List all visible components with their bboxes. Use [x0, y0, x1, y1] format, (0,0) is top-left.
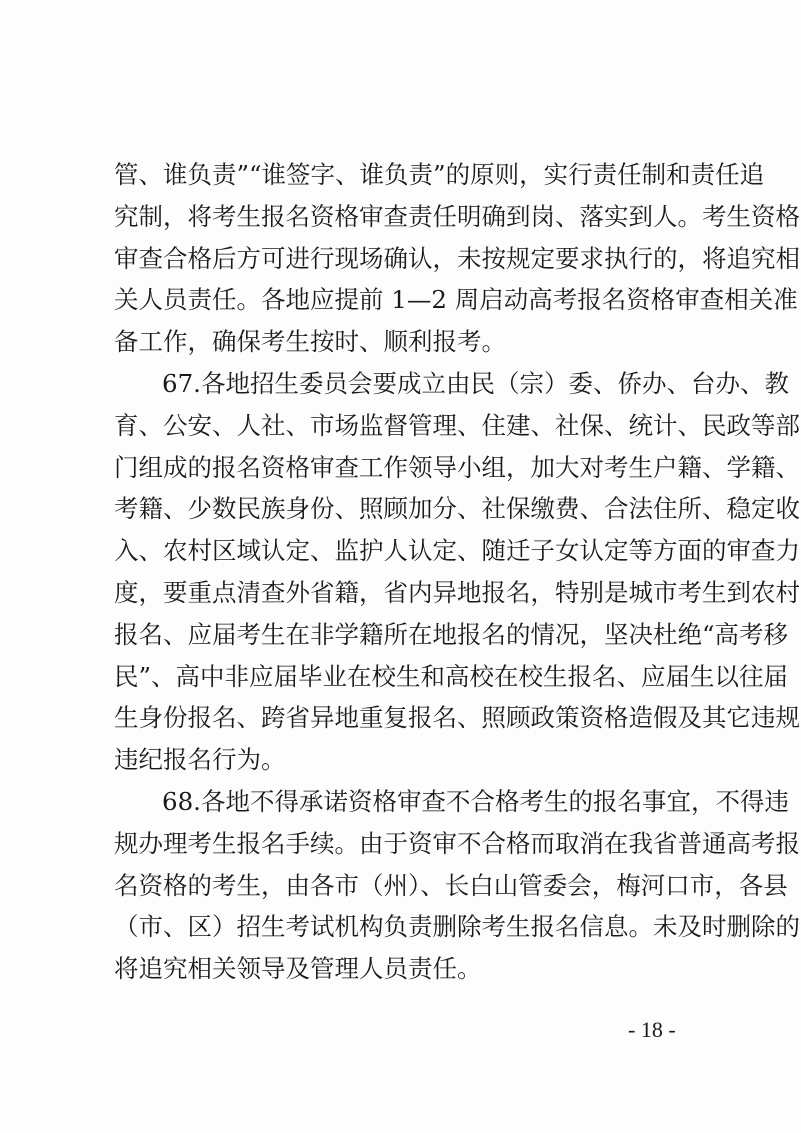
paragraph-67-start: 67.各地招生委员会要成立由民（宗）委、侨办、台办、教	[162, 369, 691, 399]
paragraph-68-start: 68.各地不得承诺资格审查不合格考生的报名事宜，不得违	[162, 787, 691, 817]
text-line: 生身份报名、跨省异地重复报名、照顾政策资格造假及其它违规、	[114, 703, 691, 733]
text-line: 名资格的考生，由各市（州）、长白山管委会，梅河口市，各县	[114, 871, 691, 901]
text-line: 违纪报名行为。	[114, 745, 691, 775]
text-line: （市、区）招生考试机构负责删除考生报名信息。未及时删除的，	[114, 912, 691, 942]
text-line: 究制，将考生报名资格审查责任明确到岗、落实到人。考生资格	[114, 202, 691, 232]
text-line: 将追究相关领导及管理人员责任。	[114, 954, 691, 984]
text-line: 入、农村区域认定、监护人认定、随迁子女认定等方面的审查力	[114, 536, 691, 566]
document-page: 管、谁负责”“谁签字、谁负责”的原则，实行责任制和责任追 究制，将考生报名资格审…	[0, 0, 801, 1133]
text-line: 规办理考生报名手续。由于资审不合格而取消在我省普通高考报	[114, 829, 691, 859]
text-line: 民”、高中非应届毕业在校生和高校在校生报名、应届生以往届	[114, 662, 691, 692]
text-line: 备工作，确保考生按时、顺利报考。	[114, 327, 691, 357]
text-line: 度，要重点清查外省籍，省内异地报名，特别是城市考生到农村	[114, 578, 691, 608]
text-line: 审查合格后方可进行现场确认，未按规定要求执行的，将追究相	[114, 244, 691, 274]
page-number: - 18 -	[628, 1017, 676, 1043]
text-line: 报名、应届考生在非学籍所在地报名的情况，坚决杜绝“高考移	[114, 620, 691, 650]
text-line: 管、谁负责”“谁签字、谁负责”的原则，实行责任制和责任追	[114, 160, 691, 190]
text-line: 关人员责任。各地应提前 1—2 周启动高考报名资格审查相关准	[114, 285, 691, 315]
text-line: 考籍、少数民族身份、照顾加分、社保缴费、合法住所、稳定收	[114, 494, 691, 524]
text-line: 门组成的报名资格审查工作领导小组，加大对考生户籍、学籍、	[114, 453, 691, 483]
text-line: 育、公安、人社、市场监督管理、住建、社保、统计、民政等部	[114, 411, 691, 441]
